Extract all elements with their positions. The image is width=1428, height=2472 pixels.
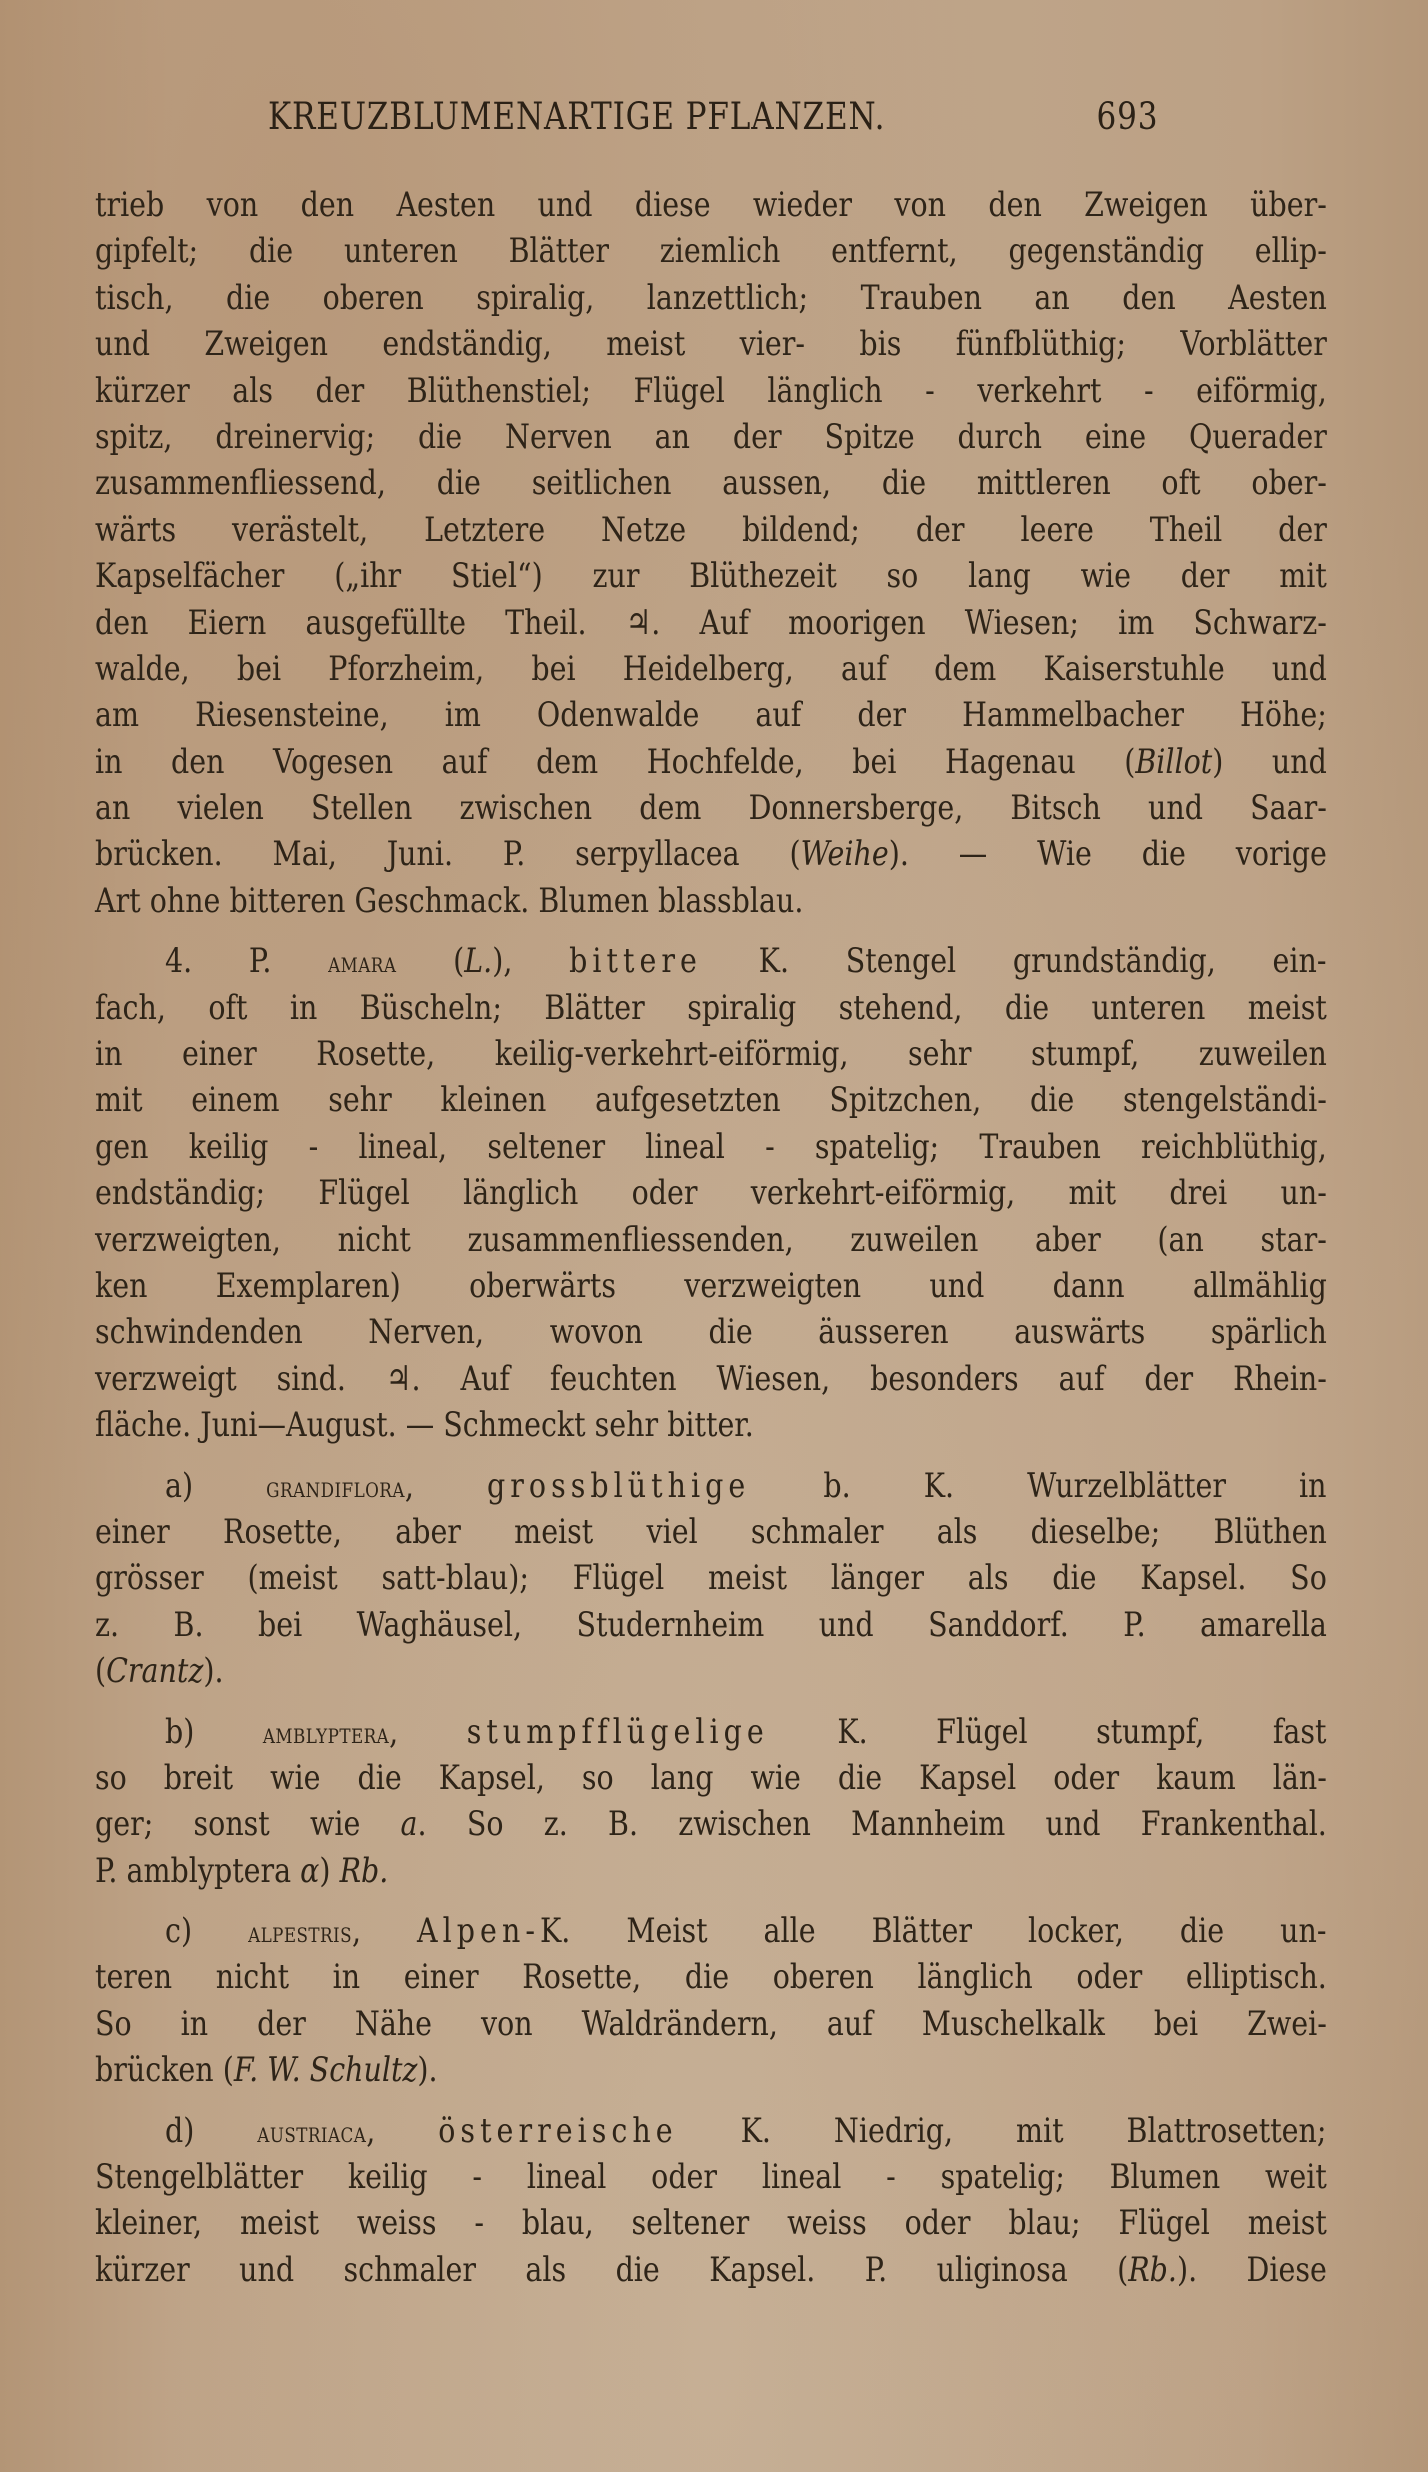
text-line: endständig; Flügel länglich oder verkehr… xyxy=(95,1170,1327,1216)
text-line: wärts verästelt, Letztere Netze bildend;… xyxy=(95,507,1327,553)
text-line: am Riesensteine, im Odenwalde auf der Ha… xyxy=(95,692,1327,738)
text-line: trieb von den Aesten und diese wieder vo… xyxy=(95,182,1327,228)
book-page: KREUZBLUMENARTIGE PFLANZEN. 693 trieb vo… xyxy=(0,0,1428,2472)
author-citation: Crantz xyxy=(106,1651,203,1691)
text-line: an vielen Stellen zwischen dem Donnersbe… xyxy=(95,785,1327,831)
text-line: b) amblyptera, stumpfflügelige K. Flügel… xyxy=(95,1709,1327,1755)
variety-entry-austriaca: d) austriaca, österreische K. Niedrig, m… xyxy=(95,2108,1327,2294)
variety-entry-grandiflora: a) grandiflora, grossblüthige b. K. Wurz… xyxy=(95,1463,1327,1695)
variety-name: amblyptera xyxy=(263,1716,389,1750)
text-line: kürzer als der Blüthenstiel; Flügel läng… xyxy=(95,368,1327,414)
variety-name: grandiflora xyxy=(266,1470,405,1504)
text-line: in einer Rosette, keilig-verkehrt-eiförm… xyxy=(95,1031,1327,1077)
text-line: kleiner, meist weiss - blau, seltener we… xyxy=(95,2200,1327,2246)
species-name: amara xyxy=(328,945,396,979)
variety-entry-amblyptera: b) amblyptera, stumpfflügelige K. Flügel… xyxy=(95,1709,1327,1895)
body-text: trieb von den Aesten und diese wieder vo… xyxy=(95,182,1327,2293)
author-citation: Weihe xyxy=(801,834,889,874)
text-line: teren nicht in einer Rosette, die oberen… xyxy=(95,1954,1327,2000)
page-number: 693 xyxy=(1097,95,1159,138)
variety-entry-alpestris: c) alpestris, Alpen-K. Meist alle Blätte… xyxy=(95,1908,1327,2094)
text-line: fläche. Juni—August. — Schmeckt sehr bit… xyxy=(95,1402,1327,1448)
text-line: schwindenden Nerven, wovon die äusseren … xyxy=(95,1309,1327,1355)
text-line: verzweigt sind. ♃. Auf feuchten Wiesen, … xyxy=(95,1356,1327,1402)
text-line: Kapselfächer („ihr Stiel“) zur Blüthezei… xyxy=(95,553,1327,599)
text-line: verzweigten, nicht zusammenfliessenden, … xyxy=(95,1217,1327,1263)
running-header: KREUZBLUMENARTIGE PFLANZEN. 693 xyxy=(268,95,1158,155)
text-line: spitz, dreinervig; die Nerven an der Spi… xyxy=(95,414,1327,460)
text-line: (Crantz). xyxy=(95,1648,1327,1694)
text-line: z. B. bei Waghäusel, Studernheim und San… xyxy=(95,1602,1327,1648)
text-line: so breit wie die Kapsel, so lang wie die… xyxy=(95,1755,1327,1801)
text-line: c) alpestris, Alpen-K. Meist alle Blätte… xyxy=(95,1908,1327,1954)
text-line: gipfelt; die unteren Blätter ziemlich en… xyxy=(95,228,1327,274)
text-line: 4. P. amara (L.), bittere K. Stengel gru… xyxy=(95,938,1327,984)
text-line: einer Rosette, aber meist viel schmaler … xyxy=(95,1509,1327,1555)
text-line: walde, bei Pforzheim, bei Heidelberg, au… xyxy=(95,646,1327,692)
author-citation: Billot xyxy=(1135,742,1212,782)
text-line: den Eiern ausgefüllte Theil. ♃. Auf moor… xyxy=(95,600,1327,646)
text-line: grösser (meist satt-blau); Flügel meist … xyxy=(95,1555,1327,1601)
common-name: bittere xyxy=(569,941,702,981)
text-line: ken Exemplaren) oberwärts verzweigten un… xyxy=(95,1263,1327,1309)
text-line: tisch, die oberen spiralig, lanzettlich;… xyxy=(95,275,1327,321)
author-citation: F. W. Schultz xyxy=(234,2050,418,2090)
text-line: fach, oft in Büscheln; Blätter spiralig … xyxy=(95,985,1327,1031)
text-line: brücken (F. W. Schultz). xyxy=(95,2047,1327,2093)
common-name: österreische xyxy=(438,2111,677,2151)
text-line: d) austriaca, österreische K. Niedrig, m… xyxy=(95,2108,1327,2154)
text-line: a) grandiflora, grossblüthige b. K. Wurz… xyxy=(95,1463,1327,1509)
variety-name: austriaca xyxy=(257,2115,366,2149)
text-line: kürzer und schmaler als die Kapsel. P. u… xyxy=(95,2247,1327,2293)
text-line: P. amblyptera α) Rb. xyxy=(95,1848,1327,1894)
text-line: zusammenfliessend, die seitlichen aussen… xyxy=(95,460,1327,506)
text-line: Art ohne bitteren Geschmack. Blumen blas… xyxy=(95,878,1327,924)
text-line: gen keilig - lineal, seltener lineal - s… xyxy=(95,1124,1327,1170)
species-number: 4. P. xyxy=(165,941,271,981)
text-line: und Zweigen endständig, meist vier- bis … xyxy=(95,321,1327,367)
author-citation: Rb. xyxy=(1128,2250,1177,2290)
common-name: grossblüthige xyxy=(487,1466,750,1506)
common-name: stumpfflügelige xyxy=(467,1712,769,1752)
author-citation: Rb. xyxy=(340,1851,389,1891)
common-name: Alpen- xyxy=(417,1911,540,1951)
text-line: Stengelblätter keilig - lineal oder line… xyxy=(95,2154,1327,2200)
text-line: in den Vogesen auf dem Hochfelde, bei Ha… xyxy=(95,739,1327,785)
running-title: KREUZBLUMENARTIGE PFLANZEN. xyxy=(268,95,885,138)
text-line: So in der Nähe von Waldrändern, auf Musc… xyxy=(95,2001,1327,2047)
paragraph-continuation: trieb von den Aesten und diese wieder vo… xyxy=(95,182,1327,924)
author-citation: L. xyxy=(464,941,492,981)
text-line: brücken. Mai, Juni. P. serpyllacea (Weih… xyxy=(95,831,1327,877)
variety-name: alpestris xyxy=(248,1915,352,1949)
species-entry-amara: 4. P. amara (L.), bittere K. Stengel gru… xyxy=(95,938,1327,1448)
text-line: mit einem sehr kleinen aufgesetzten Spit… xyxy=(95,1077,1327,1123)
text-line: ger; sonst wie a. So z. B. zwischen Mann… xyxy=(95,1801,1327,1847)
